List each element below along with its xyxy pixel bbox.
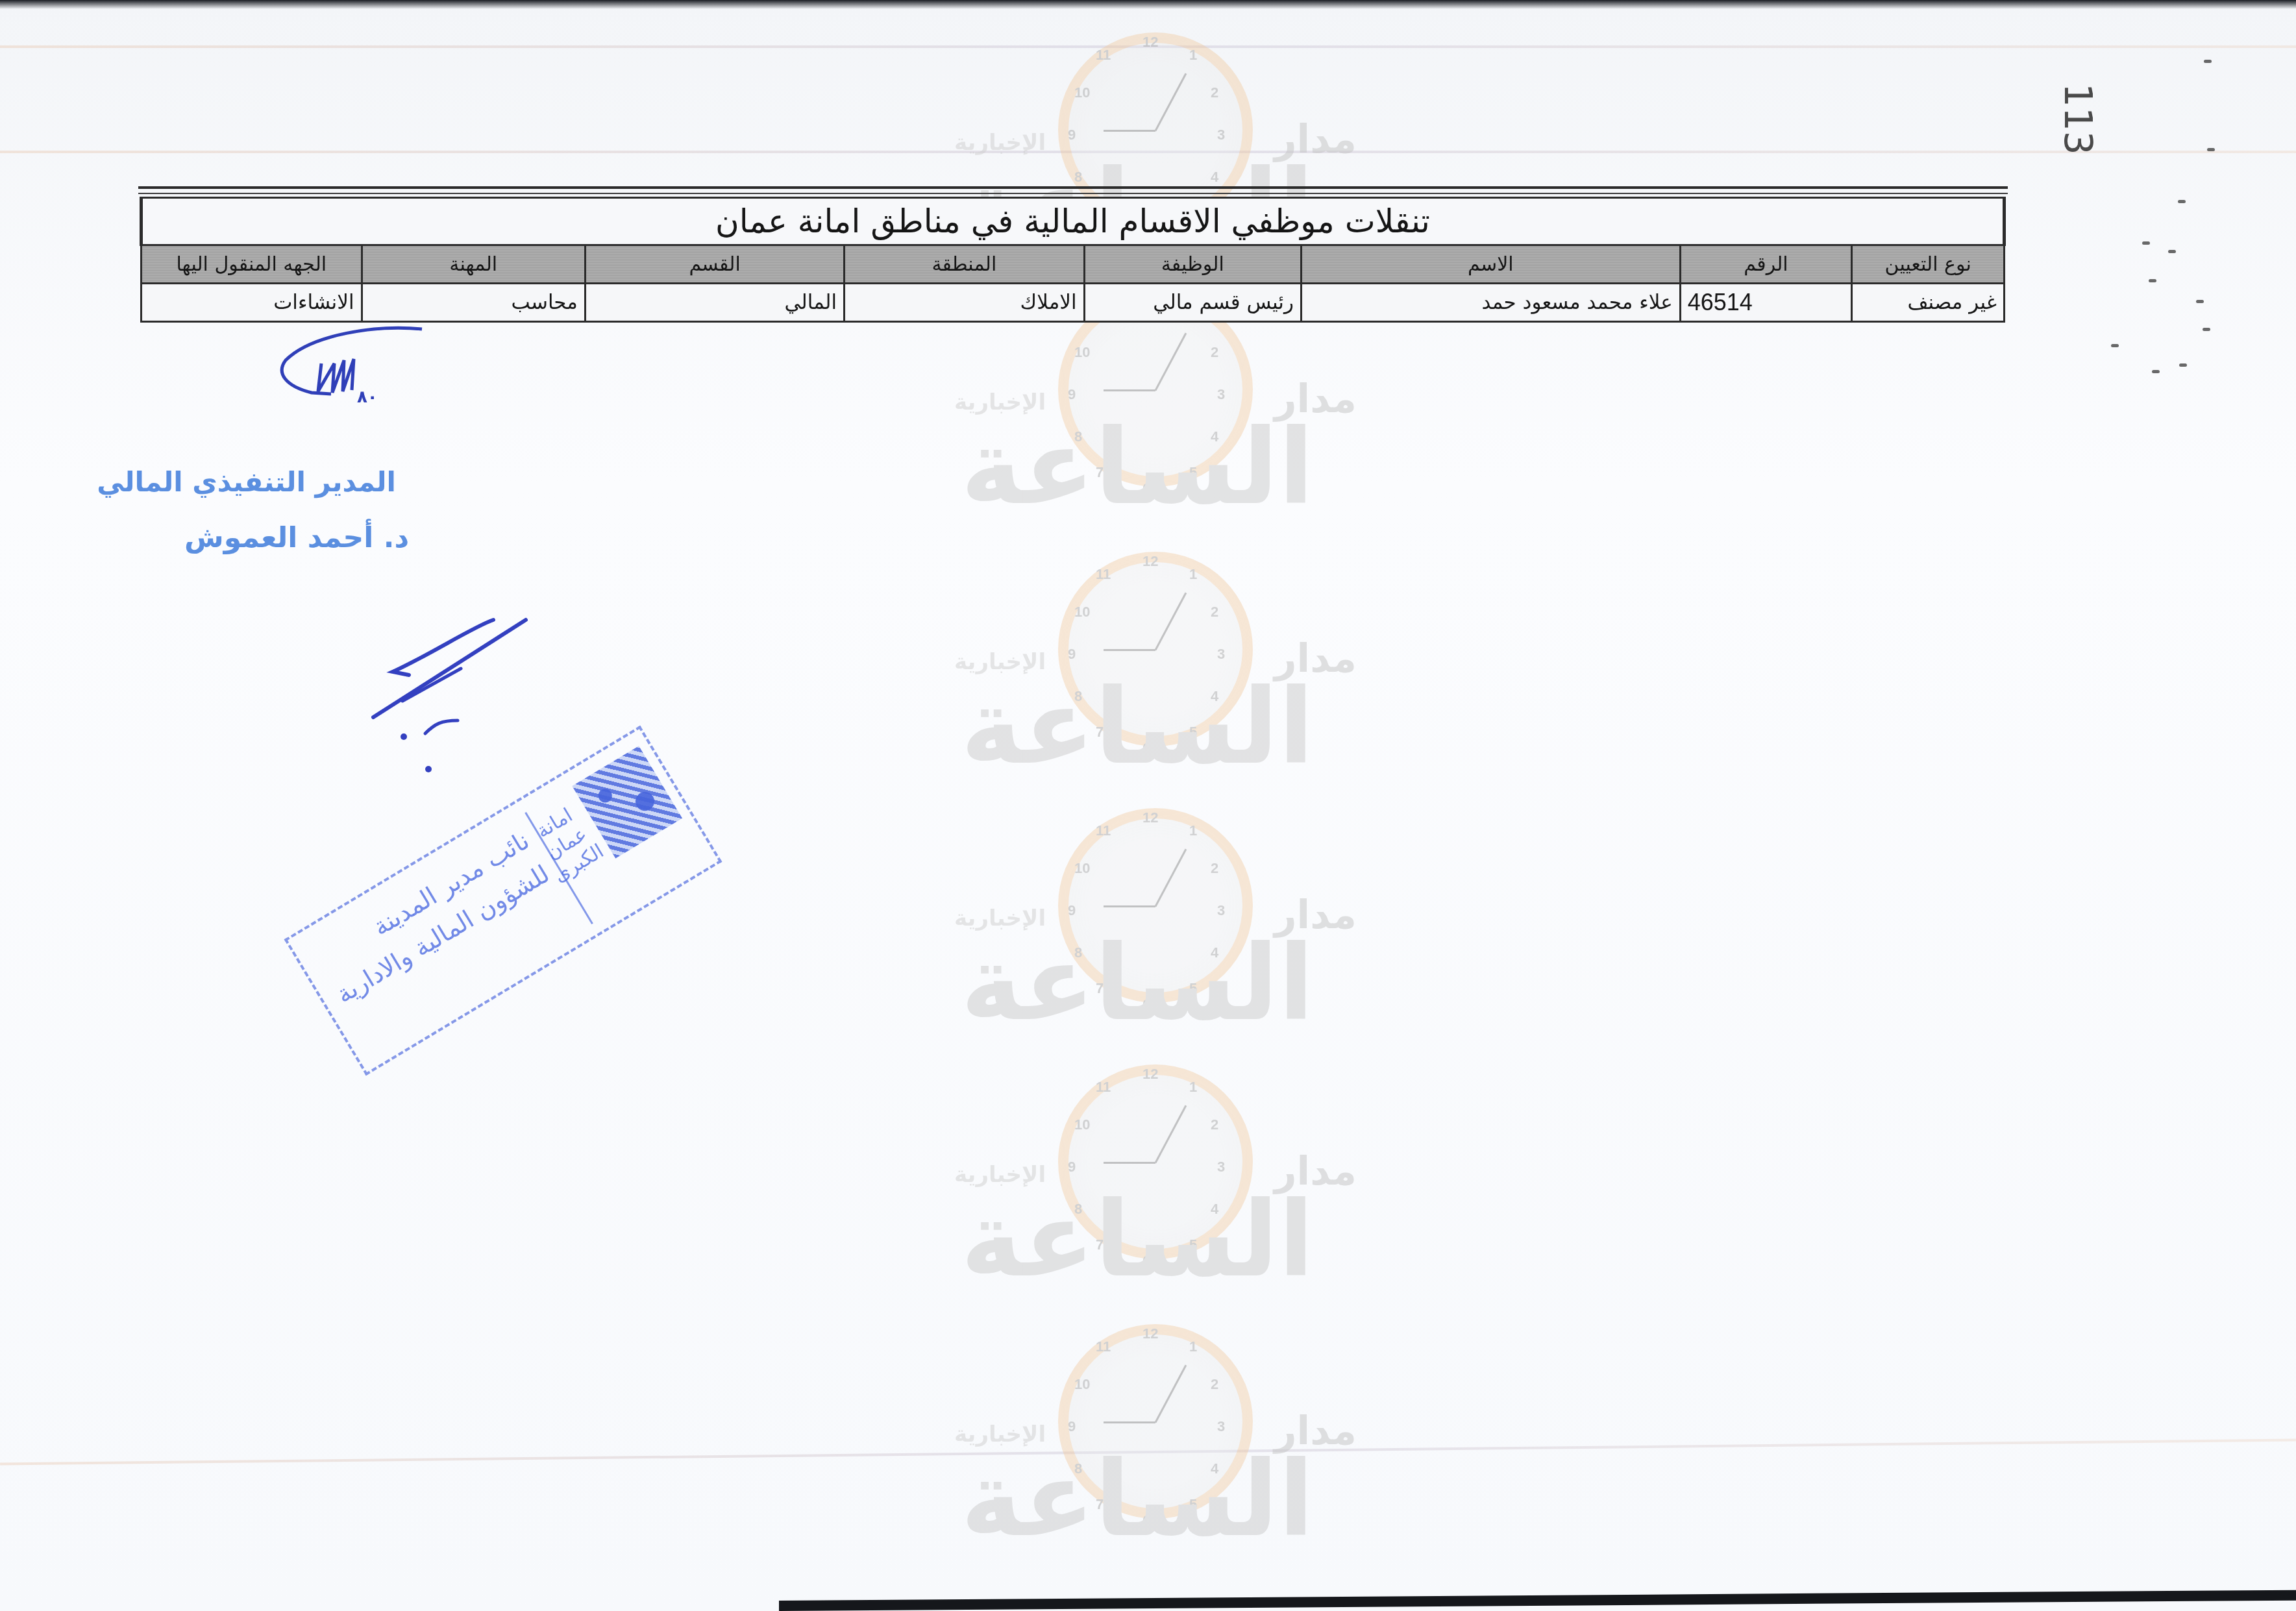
- cell-name: علاء محمد مسعود حمد: [1301, 284, 1680, 322]
- scan-top-edge: [0, 0, 2296, 9]
- cell-job: رئيس قسم مالي: [1084, 284, 1301, 322]
- column-header-profession: المهنة: [362, 245, 585, 284]
- initials-note: ٨٠: [357, 387, 378, 407]
- column-header-region: المنطقة: [845, 245, 1084, 284]
- column-header-name: الاسم: [1301, 245, 1680, 284]
- transfers-table: تنقلات موظفي الاقسام المالية في مناطق ام…: [140, 197, 2006, 323]
- table-row: غير مصنف 46514 علاء محمد مسعود حمد رئيس …: [142, 284, 2005, 322]
- table-top-rule: [138, 186, 2008, 194]
- second-signature-mark: [364, 610, 532, 779]
- signer-name: د. أحمد العموش: [184, 521, 409, 554]
- column-header-job: الوظيفة: [1084, 245, 1301, 284]
- cell-appointment-type: غير مصنف: [1852, 284, 2005, 322]
- fold-line: [0, 151, 2296, 153]
- cell-region: الاملاك: [845, 284, 1084, 322]
- column-header-transferred-to: الجهه المنقول اليها: [142, 245, 362, 284]
- column-header-number: الرقم: [1680, 245, 1852, 284]
- document-title: تنقلات موظفي الاقسام المالية في مناطق ام…: [142, 198, 2005, 245]
- cell-transferred-to: الانشاءات: [142, 284, 362, 322]
- signer-title: المدير التنفيذي المالي: [97, 466, 396, 498]
- table-header-row: نوع التعيين الرقم الاسم الوظيفة المنطقة …: [142, 245, 2005, 284]
- cell-number: 46514: [1680, 284, 1852, 322]
- cell-profession: محاسب: [362, 284, 585, 322]
- column-header-appointment-type: نوع التعيين: [1852, 245, 2005, 284]
- signature-mark: ٨٠: [273, 321, 441, 412]
- fold-line: [0, 45, 2296, 48]
- column-header-section: القسم: [585, 245, 844, 284]
- cell-section: المالي: [585, 284, 844, 322]
- page-number-mark: 113: [2056, 83, 2100, 155]
